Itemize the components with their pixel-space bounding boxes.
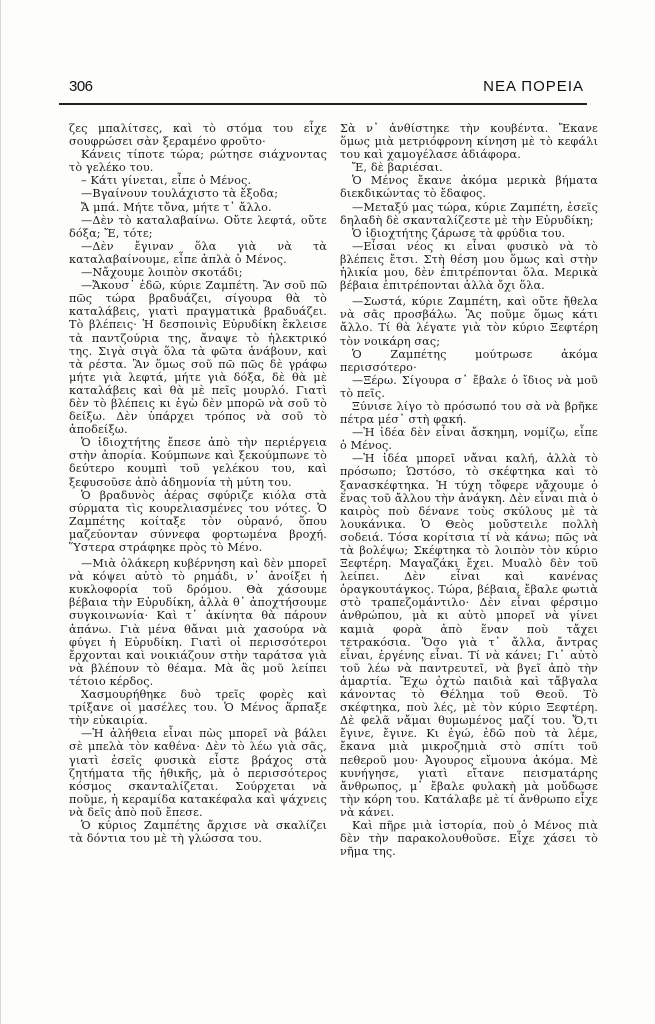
paragraph: Ἔ, δὲ βαριέσαι. [340, 161, 598, 174]
paragraph: —Σωστά, κύριε Ζαμπέτη, καὶ οὔτε ἤθελα νὰ… [340, 295, 598, 347]
paragraph: Κάνεις τίποτε τώρα; ρώτησε σιάχνοντας τὸ… [69, 148, 327, 174]
paragraph: Ὁ ἰδιοχτήτης ζάρωσε τὰ φρύδια του. [340, 227, 598, 240]
running-header: 306 ΝΕΑ ΠΟΡΕΙΑ [59, 72, 584, 102]
left-column: ζες μπαλίτσες, καὶ τὸ στόμα του εἶχε σου… [69, 122, 327, 845]
document-page: 306 ΝΕΑ ΠΟΡΕΙΑ ζες μπαλίτσες, καὶ τὸ στό… [0, 0, 655, 1024]
paragraph: —Βγαίνουν τουλάχιστο τὰ ἔξοδα; [69, 187, 327, 200]
paragraph: Ὁ Ζαμπέτης μούτρωσε ἀκόμα περισσότερο· [340, 348, 598, 374]
paragraph: ζες μπαλίτσες, καὶ τὸ στόμα του εἶχε σου… [69, 122, 327, 148]
paragraph: —Εἶσαι νέος κι εἶναι φυσικὸ νὰ τὸ βλέπει… [340, 240, 598, 292]
paragraph: Καὶ πῆρε μιὰ ἱστορία, ποὺ ὁ Μένος πιὰ δὲ… [340, 819, 598, 858]
paragraph: —Μιὰ ὁλάκερη κυβέρνηση καὶ δὲν μπορεῖ νὰ… [69, 557, 327, 688]
paragraph: Σὰ ν᾿ ἀνθίστηκε τὴν κουβέντα. Ἔκανε ὅμως… [340, 122, 598, 161]
paragraph: —Νἄχουμε λοιπὸν σκοτάδι; [69, 266, 327, 279]
paragraph: Χασμουρήθηκε δυὸ τρεῖς φορὲς καὶ τρίξανε… [69, 688, 327, 727]
paragraph: Ὁ κύριος Ζαμπέτης ἄρχισε νὰ σκαλίζει τὰ … [69, 819, 327, 845]
paragraph: —Ἡ ἰδέα μπορεῖ νἄναι καλή, ἀλλὰ τὸ πρόσω… [340, 452, 598, 819]
paragraph: —Μεταξύ μας τώρα, κύριε Ζαμπέτη, ἐσεῖς δ… [340, 201, 598, 227]
journal-title: ΝΕΑ ΠΟΡΕΙΑ [483, 78, 584, 95]
paragraph: Ἄ μπά. Μήτε τὄνα, μήτε τ᾿ ἄλλο. [69, 201, 327, 214]
paragraph: —Δὲν τὸ καταλαβαίνω. Οὔτε λεφτά, οὔτε δό… [69, 214, 327, 240]
paragraph: —Ξέρω. Σίγουρα σ᾿ ἔβαλε ὁ ἴδιος νὰ μοῦ τ… [340, 374, 598, 400]
paragraph: —Ἡ ἰδέα δὲν εἶναι ἄσκημη, νομίζω, εἶπε ὁ… [340, 426, 598, 452]
right-column: Σὰ ν᾿ ἀνθίστηκε τὴν κουβέντα. Ἔκανε ὅμως… [340, 122, 598, 858]
paragraph: Ὁ Μένος ἔκανε ἀκόμα μερικὰ βήματα διεκδι… [340, 174, 598, 200]
paragraph: —Ἄκουσ᾿ ἐδῶ, κύριε Ζαμπέτη. Ἂν σοῦ πῶ πῶ… [69, 279, 327, 436]
paragraph: —Δὲν ἔγιναν ὅλα γιὰ νὰ τὰ καταλαβαίνουμε… [69, 240, 327, 266]
paragraph: – Κάτι γίνεται, εἶπε ὁ Μένος. [69, 174, 327, 187]
paragraph: —Ἡ ἀλήθεια εἶναι πὼς μπορεῖ νὰ βάλει σὲ … [69, 727, 327, 819]
paragraph: Ὁ ἰδιοχτήτης ἔπεσε ἀπὸ τὴν περιέργεια στ… [69, 436, 327, 488]
paragraph: Ξύνισε λίγο τὸ πρόσωπό του σὰ νὰ βρῆκε π… [340, 400, 598, 426]
page-number: 306 [69, 78, 93, 95]
header-rule [59, 103, 587, 105]
paragraph: Ὁ βραδυνὸς ἀέρας σφύριζε κιόλα στὰ σύρμα… [69, 489, 327, 554]
